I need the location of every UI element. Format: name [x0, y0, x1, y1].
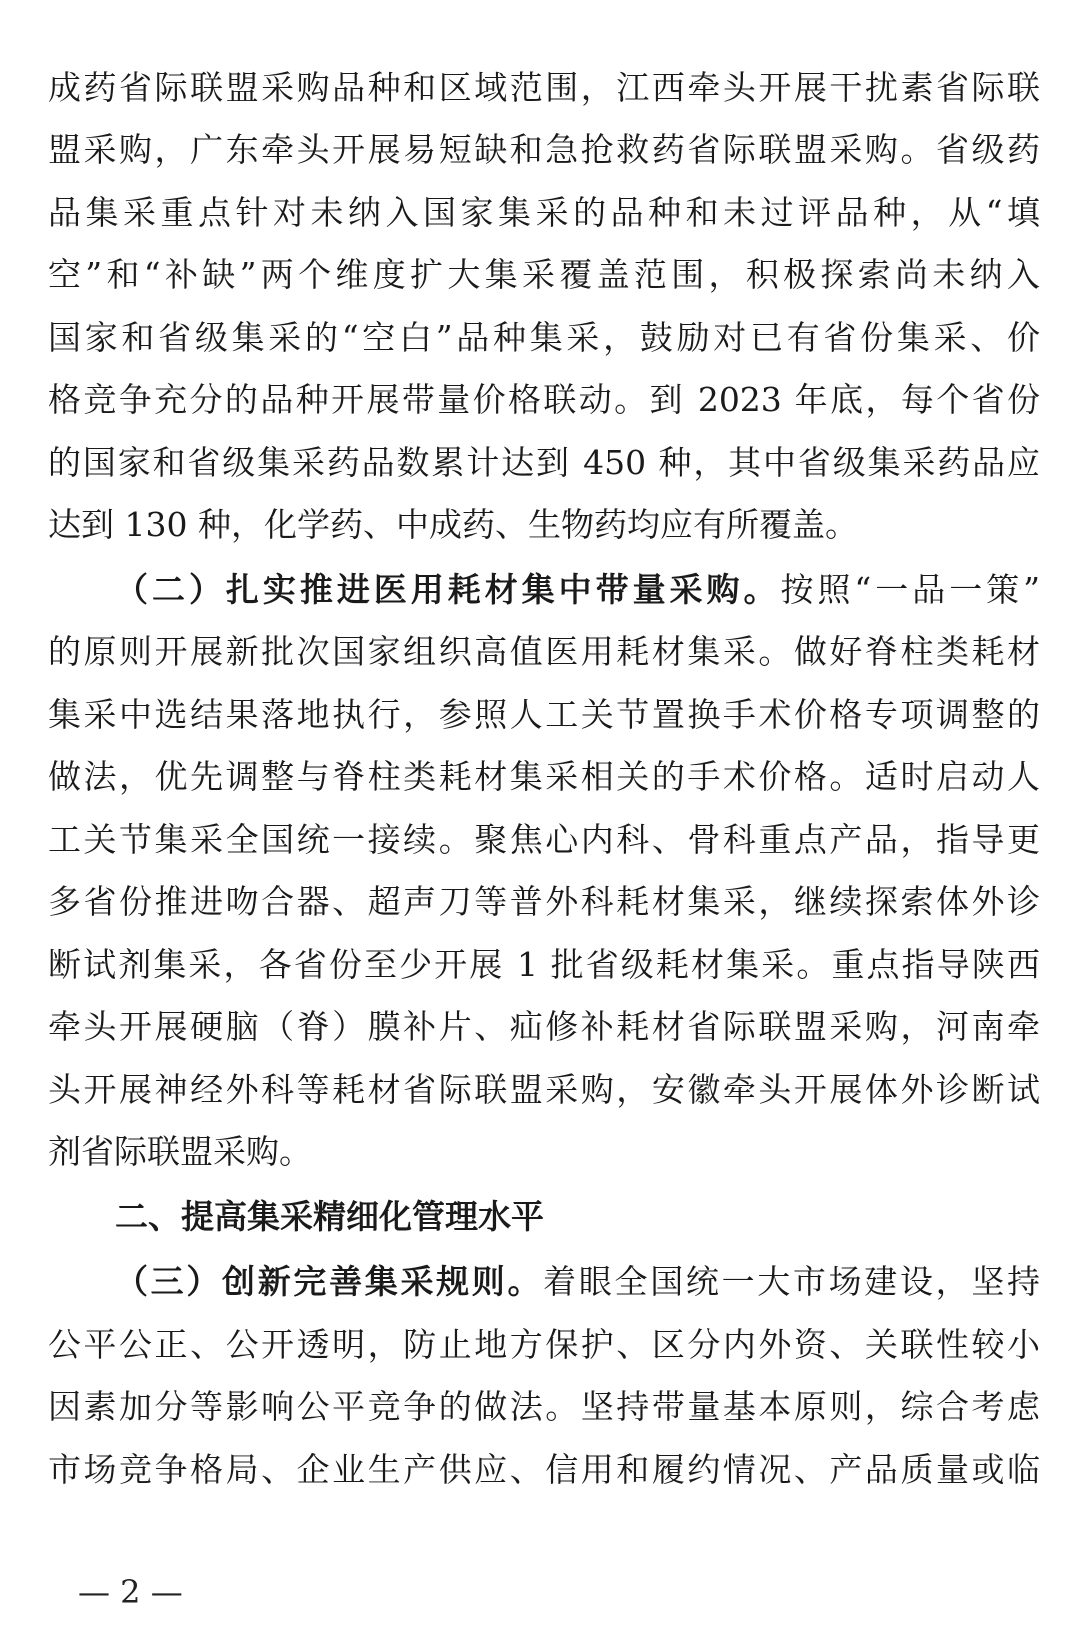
paragraph-first-line: （二）扎实推进医用耗材集中带量采购。按照“一品一策” [115, 570, 1040, 610]
text-run: 着眼全国统一大市场建设，坚持 [543, 1262, 1040, 1301]
text-line: 国家和省级集采的“空白”品种集采，鼓励对已有省份集采、价 [48, 318, 1040, 358]
text-line: 断试剂集采，各省份至少开展 1 批省级耗材集采。重点指导陕西 [48, 945, 1040, 985]
section-heading: 二、提高集采精细化管理水平 [115, 1197, 544, 1237]
text-run: 按照“一品一策” [780, 570, 1040, 609]
text-line: 品集采重点针对未纳入国家集采的品种和未过评品种，从“填 [48, 193, 1040, 233]
text-line: 盟采购，广东牵头开展易短缺和急抢救药省际联盟采购。省级药 [48, 130, 1040, 170]
text-line: 的原则开展新批次国家组织高值医用耗材集采。做好脊柱类耗材 [48, 632, 1040, 672]
subsection-title: （三）创新完善集采规则。 [115, 1262, 543, 1301]
text-line: 多省份推进吻合器、超声刀等普外科耗材集采，继续探索体外诊 [48, 882, 1040, 922]
text-line: 头开展神经外科等耗材省际联盟采购，安徽牵头开展体外诊断试 [48, 1070, 1040, 1110]
text-line: 成药省际联盟采购品种和区域范围，江西牵头开展干扰素省际联 [48, 68, 1040, 108]
page-number: — 2 — [78, 1572, 183, 1612]
document-page: 成药省际联盟采购品种和区域范围，江西牵头开展干扰素省际联 盟采购，广东牵头开展易… [0, 0, 1080, 1636]
text-line: 公平公正、公开透明，防止地方保护、区分内外资、关联性较小 [48, 1325, 1040, 1365]
text-line: 达到 130 种，化学药、中成药、生物药均应有所覆盖。 [48, 505, 1040, 545]
text-line: 做法，优先调整与脊柱类耗材集采相关的手术价格。适时启动人 [48, 757, 1040, 797]
text-line: 市场竞争格局、企业生产供应、信用和履约情况、产品质量或临 [48, 1450, 1040, 1490]
text-line: 牵头开展硬脑（脊）膜补片、疝修补耗材省际联盟采购，河南牵 [48, 1007, 1040, 1047]
text-line: 空”和“补缺”两个维度扩大集采覆盖范围，积极探索尚未纳入 [48, 255, 1040, 295]
text-line: 剂省际联盟采购。 [48, 1132, 1040, 1172]
text-line: 格竞争充分的品种开展带量价格联动。到 2023 年底，每个省份 [48, 380, 1040, 420]
text-line: 工关节集采全国统一接续。聚焦心内科、骨科重点产品，指导更 [48, 820, 1040, 860]
text-line: 集采中选结果落地执行，参照人工关节置换手术价格专项调整的 [48, 695, 1040, 735]
text-line: 的国家和省级集采药品数累计达到 450 种，其中省级集采药品应 [48, 443, 1040, 483]
paragraph-first-line: （三）创新完善集采规则。着眼全国统一大市场建设，坚持 [115, 1262, 1040, 1302]
text-line: 因素加分等影响公平竞争的做法。坚持带量基本原则，综合考虑 [48, 1387, 1040, 1427]
subsection-title: （二）扎实推进医用耗材集中带量采购。 [115, 570, 780, 609]
